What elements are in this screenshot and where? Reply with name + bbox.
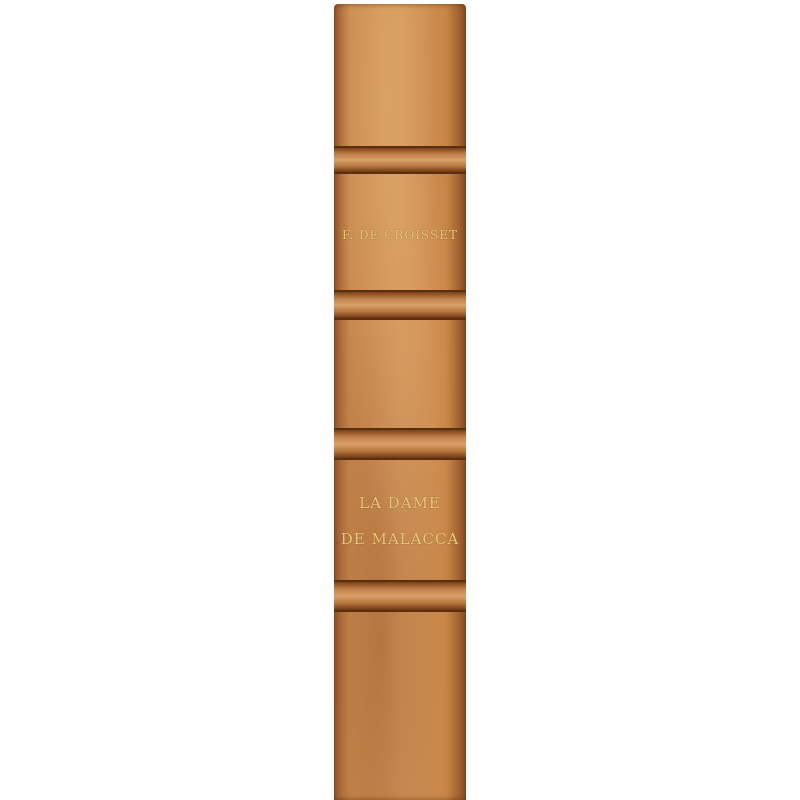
raised-band-1 bbox=[334, 146, 466, 174]
title-line-1: LA DAME bbox=[334, 494, 466, 512]
author-label: F. DE CROISSET bbox=[334, 228, 466, 242]
raised-band-2 bbox=[334, 290, 466, 320]
title-line-2: DE MALACCA bbox=[334, 530, 466, 548]
raised-band-3 bbox=[334, 428, 466, 460]
book-spine: F. DE CROISSET LA DAME DE MALACCA bbox=[334, 4, 466, 800]
raised-band-4 bbox=[334, 580, 466, 612]
